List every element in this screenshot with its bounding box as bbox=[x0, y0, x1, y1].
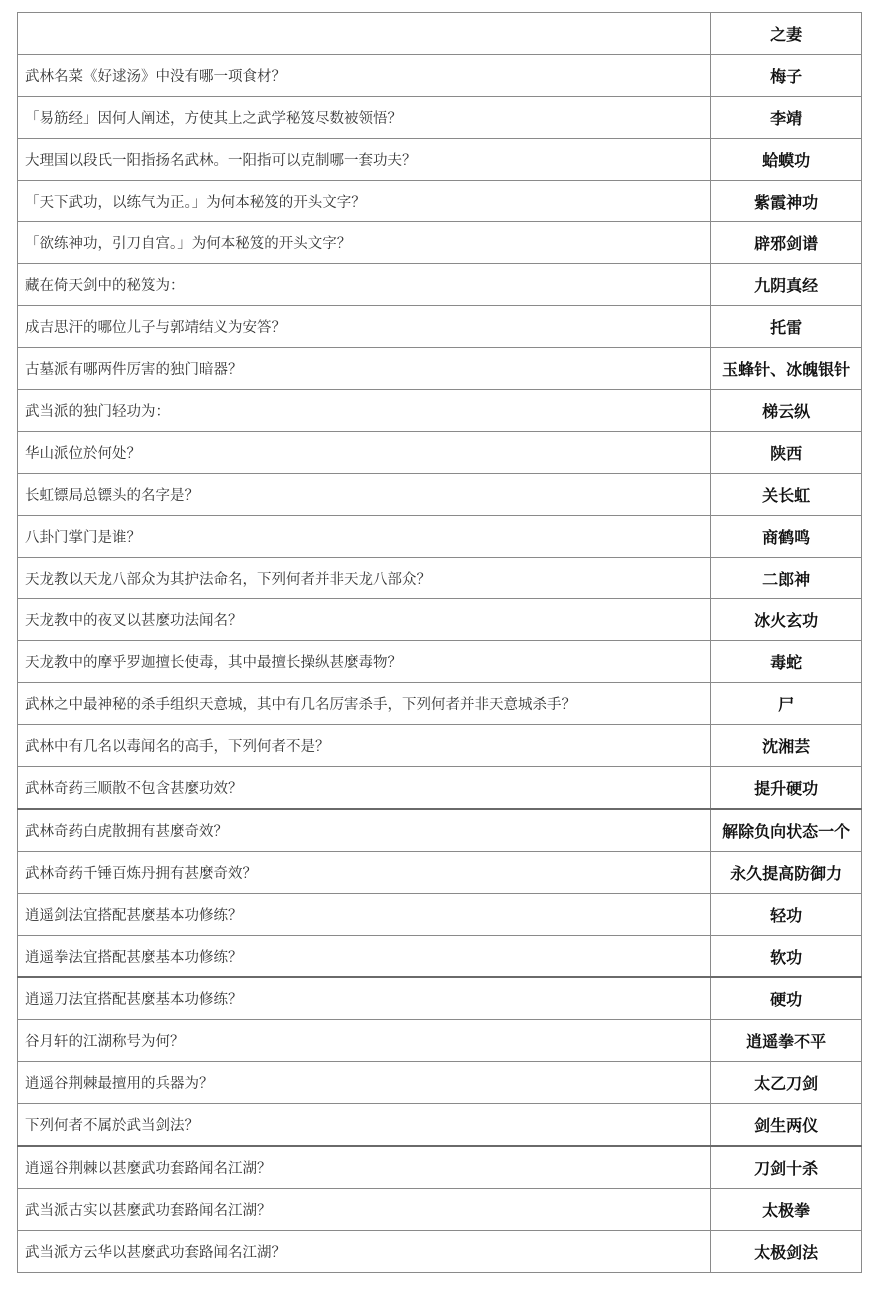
table-row: 武当派的独门轻功为：梯云纵 bbox=[18, 390, 862, 432]
table-row: 大理国以段氏一阳指扬名武林。一阳指可以克制哪一套功夫？蛤蟆功 bbox=[18, 138, 862, 180]
answer-cell: 轻功 bbox=[711, 893, 862, 935]
answer-cell: 毒蛇 bbox=[711, 641, 862, 683]
answer-cell: 玉蜂针、冰魄银针 bbox=[711, 348, 862, 390]
table-row: 逍遥刀法宜搭配甚麼基本功修练？硬功 bbox=[18, 977, 862, 1019]
question-cell: 逍遥谷荆棘最擅用的兵器为？ bbox=[18, 1062, 711, 1104]
question-cell: 武林奇药三顺散不包含甚麼功效？ bbox=[18, 767, 711, 809]
question-cell: 「天下武功，以练气为正。」为何本秘笈的开头文字？ bbox=[18, 180, 711, 222]
table-row: 武林奇药白虎散拥有甚麼奇效？解除负向状态一个 bbox=[18, 809, 862, 851]
question-cell: 逍遥谷荆棘以甚麼武功套路闻名江湖？ bbox=[18, 1146, 711, 1188]
table-row: 武林中有几名以毒闻名的高手，下列何者不是？沈湘芸 bbox=[18, 725, 862, 767]
answer-cell: 硬功 bbox=[711, 977, 862, 1019]
question-cell: 下列何者不属於武当剑法？ bbox=[18, 1104, 711, 1146]
answer-cell: 商鹤鸣 bbox=[711, 515, 862, 557]
table-row: 八卦门掌门是谁？商鹤鸣 bbox=[18, 515, 862, 557]
answer-cell: 辟邪剑谱 bbox=[711, 222, 862, 264]
answer-cell: 解除负向状态一个 bbox=[711, 809, 862, 851]
qa-table: 之妻武林名菜《好逑汤》中没有哪一项食材？梅子「易筋经」因何人阐述，方使其上之武学… bbox=[17, 12, 862, 1273]
answer-cell: 二郎神 bbox=[711, 557, 862, 599]
answer-cell: 蛤蟆功 bbox=[711, 138, 862, 180]
question-cell: 谷月轩的江湖称号为何？ bbox=[18, 1020, 711, 1062]
question-cell: 武当派古实以甚麼武功套路闻名江湖？ bbox=[18, 1188, 711, 1230]
answer-cell: 沈湘芸 bbox=[711, 725, 862, 767]
table-row: 逍遥谷荆棘最擅用的兵器为？太乙刀剑 bbox=[18, 1062, 862, 1104]
question-cell: 「易筋经」因何人阐述，方使其上之武学秘笈尽数被领悟？ bbox=[18, 96, 711, 138]
question-cell: 武林中有几名以毒闻名的高手，下列何者不是？ bbox=[18, 725, 711, 767]
question-cell: 「欲练神功，引刀自宫。」为何本秘笈的开头文字？ bbox=[18, 222, 711, 264]
answer-cell: 永久提高防御力 bbox=[711, 851, 862, 893]
question-cell: 武当派的独门轻功为： bbox=[18, 390, 711, 432]
answer-cell: 太乙刀剑 bbox=[711, 1062, 862, 1104]
answer-cell: 梅子 bbox=[711, 54, 862, 96]
answer-cell: 冰火玄功 bbox=[711, 599, 862, 641]
table-row: 之妻 bbox=[18, 13, 862, 55]
table-row: 天龙教中的夜叉以甚麼功法闻名？冰火玄功 bbox=[18, 599, 862, 641]
table-row: 华山派位於何处？陕西 bbox=[18, 431, 862, 473]
table-row: 古墓派有哪两件厉害的独门暗器？玉蜂针、冰魄银针 bbox=[18, 348, 862, 390]
table-row: 藏在倚天剑中的秘笈为：九阴真经 bbox=[18, 264, 862, 306]
table-row: 谷月轩的江湖称号为何？逍遥拳不平 bbox=[18, 1020, 862, 1062]
question-cell: 天龙教中的摩乎罗迦擅长使毒，其中最擅长操纵甚麼毒物？ bbox=[18, 641, 711, 683]
table-row: 逍遥谷荆棘以甚麼武功套路闻名江湖？刀剑十杀 bbox=[18, 1146, 862, 1188]
answer-cell: 托雷 bbox=[711, 306, 862, 348]
question-cell: 武林名菜《好逑汤》中没有哪一项食材？ bbox=[18, 54, 711, 96]
question-cell: 武林奇药千锤百炼丹拥有甚麼奇效？ bbox=[18, 851, 711, 893]
table-row: 武林奇药三顺散不包含甚麼功效？提升硬功 bbox=[18, 767, 862, 809]
table-row: 成吉思汗的哪位儿子与郭靖结义为安答？托雷 bbox=[18, 306, 862, 348]
answer-cell: 逍遥拳不平 bbox=[711, 1020, 862, 1062]
qa-table-body: 之妻武林名菜《好逑汤》中没有哪一项食材？梅子「易筋经」因何人阐述，方使其上之武学… bbox=[18, 13, 862, 1273]
question-cell: 古墓派有哪两件厉害的独门暗器？ bbox=[18, 348, 711, 390]
question-cell: 大理国以段氏一阳指扬名武林。一阳指可以克制哪一套功夫？ bbox=[18, 138, 711, 180]
answer-cell: 太极拳 bbox=[711, 1188, 862, 1230]
answer-cell: 关长虹 bbox=[711, 473, 862, 515]
question-cell: 藏在倚天剑中的秘笈为： bbox=[18, 264, 711, 306]
question-cell: 八卦门掌门是谁？ bbox=[18, 515, 711, 557]
question-cell: 逍遥拳法宜搭配甚麼基本功修练？ bbox=[18, 935, 711, 977]
table-row: 武林奇药千锤百炼丹拥有甚麼奇效？永久提高防御力 bbox=[18, 851, 862, 893]
question-cell: 成吉思汗的哪位儿子与郭靖结义为安答？ bbox=[18, 306, 711, 348]
question-cell: 武林之中最神秘的杀手组织天意城，其中有几名厉害杀手，下列何者并非天意城杀手？ bbox=[18, 683, 711, 725]
question-cell: 武当派方云华以甚麼武功套路闻名江湖？ bbox=[18, 1230, 711, 1272]
table-row: 逍遥拳法宜搭配甚麼基本功修练？软功 bbox=[18, 935, 862, 977]
answer-cell: 李靖 bbox=[711, 96, 862, 138]
answer-cell: 九阴真经 bbox=[711, 264, 862, 306]
question-cell: 长虹镖局总镖头的名字是？ bbox=[18, 473, 711, 515]
answer-cell: 剑生两仪 bbox=[711, 1104, 862, 1146]
table-row: 武林之中最神秘的杀手组织天意城，其中有几名厉害杀手，下列何者并非天意城杀手？尸 bbox=[18, 683, 862, 725]
answer-cell: 刀剑十杀 bbox=[711, 1146, 862, 1188]
table-row: 下列何者不属於武当剑法？剑生两仪 bbox=[18, 1104, 862, 1146]
table-row: 武当派古实以甚麼武功套路闻名江湖？太极拳 bbox=[18, 1188, 862, 1230]
question-cell: 华山派位於何处？ bbox=[18, 431, 711, 473]
table-row: 逍遥剑法宜搭配甚麼基本功修练？轻功 bbox=[18, 893, 862, 935]
table-row: 「欲练神功，引刀自宫。」为何本秘笈的开头文字？辟邪剑谱 bbox=[18, 222, 862, 264]
question-cell: 天龙教中的夜叉以甚麼功法闻名？ bbox=[18, 599, 711, 641]
table-row: 长虹镖局总镖头的名字是？关长虹 bbox=[18, 473, 862, 515]
table-row: 天龙教以天龙八部众为其护法命名，下列何者并非天龙八部众？二郎神 bbox=[18, 557, 862, 599]
answer-cell: 软功 bbox=[711, 935, 862, 977]
question-cell: 武林奇药白虎散拥有甚麼奇效？ bbox=[18, 809, 711, 851]
answer-cell: 提升硬功 bbox=[711, 767, 862, 809]
answer-cell: 陕西 bbox=[711, 431, 862, 473]
table-row: 武林名菜《好逑汤》中没有哪一项食材？梅子 bbox=[18, 54, 862, 96]
question-cell: 天龙教以天龙八部众为其护法命名，下列何者并非天龙八部众？ bbox=[18, 557, 711, 599]
answer-cell: 太极剑法 bbox=[711, 1230, 862, 1272]
question-cell: 逍遥刀法宜搭配甚麼基本功修练？ bbox=[18, 977, 711, 1019]
answer-cell: 紫霞神功 bbox=[711, 180, 862, 222]
table-row: 武当派方云华以甚麼武功套路闻名江湖？太极剑法 bbox=[18, 1230, 862, 1272]
answer-cell: 尸 bbox=[711, 683, 862, 725]
table-row: 「天下武功，以练气为正。」为何本秘笈的开头文字？紫霞神功 bbox=[18, 180, 862, 222]
table-row: 天龙教中的摩乎罗迦擅长使毒，其中最擅长操纵甚麼毒物？毒蛇 bbox=[18, 641, 862, 683]
question-cell bbox=[18, 13, 711, 55]
table-row: 「易筋经」因何人阐述，方使其上之武学秘笈尽数被领悟？李靖 bbox=[18, 96, 862, 138]
question-cell: 逍遥剑法宜搭配甚麼基本功修练？ bbox=[18, 893, 711, 935]
answer-cell: 梯云纵 bbox=[711, 390, 862, 432]
answer-cell: 之妻 bbox=[711, 13, 862, 55]
